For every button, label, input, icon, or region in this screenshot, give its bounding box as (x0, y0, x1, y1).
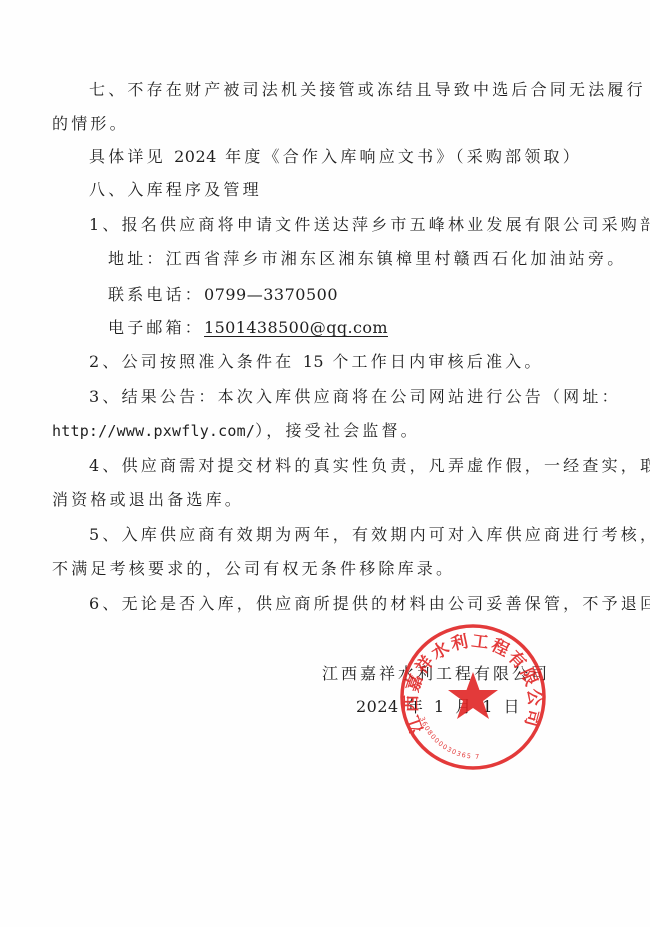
email-link[interactable]: 1501438500@qq.com (204, 318, 388, 337)
details-note-year: 2024 (174, 147, 217, 166)
item-2-text: 2、公司按照准入条件在 15 个工作日内审核后准入。 (89, 352, 544, 372)
item-4-line-1: 4、供应商需对提交材料的真实性负责，凡弄虚作假，一经查实，取 (89, 456, 650, 476)
details-note: 具体详见 2024 年度《合作入库响应文书》（采购部领取） (89, 147, 582, 167)
item-5-line-2: 不满足考核要求的，公司有权无条件移除库录。 (52, 559, 455, 579)
website-url-link[interactable]: http://www.pxwfly.com/ (52, 422, 255, 440)
section-7-line-1: 七、不存在财产被司法机关接管或冻结且导致中选后合同无法履行 (89, 80, 646, 100)
company-seal-stamp: 江西嘉祥水利工程有限公司 3608000030365 7 (398, 622, 548, 772)
item-3-line-2: http://www.pxwfly.com/），接受社会监督。 (52, 421, 420, 441)
item-1-email-row: 电子邮箱：1501438500@qq.com (108, 318, 388, 338)
item-4-line-2: 消资格或退出备选库。 (52, 490, 244, 510)
section-7-line-2: 的情形。 (52, 114, 129, 134)
item-5-line-1: 5、入库供应商有效期为两年，有效期内可对入库供应商进行考核， (89, 525, 650, 545)
item-2-suffix: 个工作日内审核后准入。 (332, 352, 543, 371)
item-1-address: 地址：江西省萍乡市湘东区湘东镇樟里村赣西石化加油站旁。 (108, 249, 626, 269)
item-3-line-2-suffix: ），接受社会监督。 (255, 421, 420, 440)
details-note-prefix: 具体详见 (89, 147, 166, 166)
item-2-prefix: 2、公司按照准入条件在 (89, 352, 294, 371)
item-6-text: 6、无论是否入库，供应商所提供的材料由公司妥善保管，不予退回。 (89, 594, 650, 614)
document-page: 七、不存在财产被司法机关接管或冻结且导致中选后合同无法履行 的情形。 具体详见 … (0, 0, 650, 927)
item-1-phone-row: 联系电话：0799—3370500 (108, 285, 338, 305)
item-1-text: 1、报名供应商将申请文件送达萍乡市五峰林业发展有限公司采购部 (89, 215, 650, 235)
phone-label: 联系电话： (108, 285, 204, 304)
seal-serial-number: 3608000030365 7 (418, 716, 480, 761)
email-label: 电子邮箱： (108, 318, 204, 337)
item-3-line-1: 3、结果公告：本次入库供应商将在公司网站进行公告（网址： (89, 387, 621, 407)
phone-value: 0799—3370500 (204, 285, 338, 304)
item-2-days: 15 (303, 352, 324, 371)
details-note-suffix: 年度《合作入库响应文书》（采购部领取） (225, 147, 582, 166)
signature-date-year: 2024 (356, 697, 399, 716)
section-8-heading: 八、入库程序及管理 (89, 180, 262, 200)
star-icon (448, 672, 498, 719)
